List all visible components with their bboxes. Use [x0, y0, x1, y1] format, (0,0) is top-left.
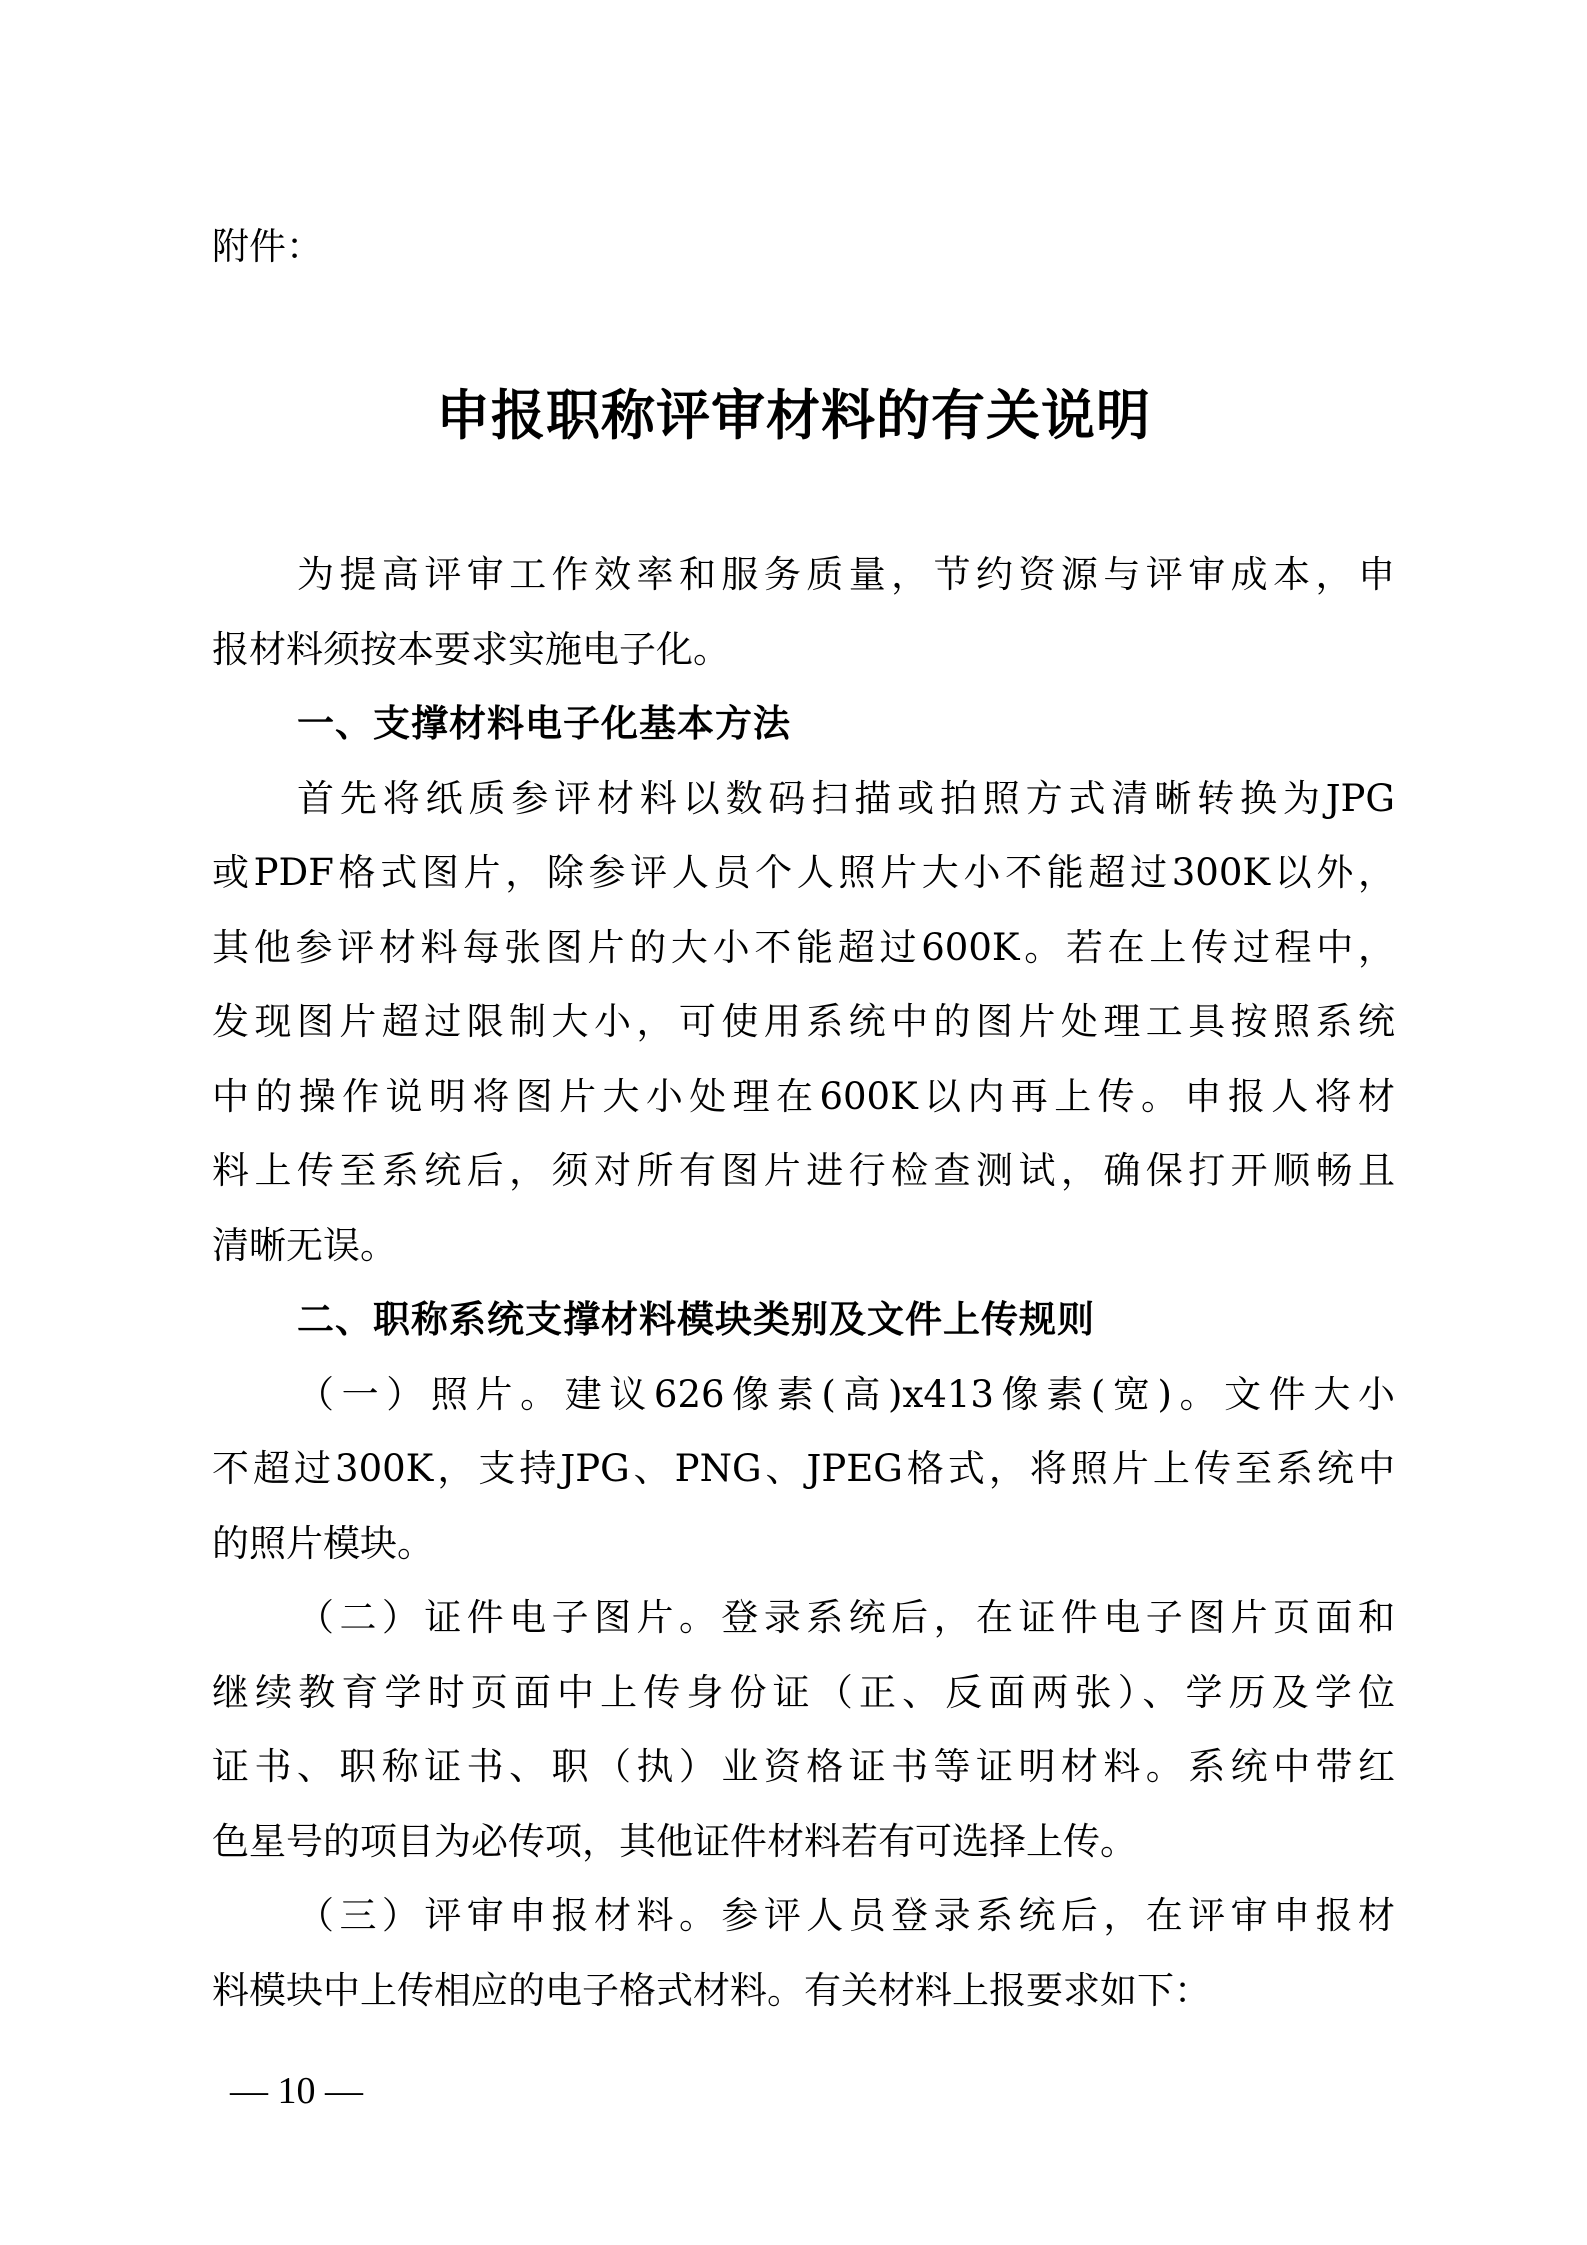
paragraph-method-line-7: 清晰无误。	[212, 1216, 1395, 1276]
paragraph-method-line-6: 料上传至系统后，须对所有图片进行检查测试，确保打开顺畅且	[212, 1141, 1395, 1201]
paragraph-photo-line-2: 不超过300K，支持JPG、PNG、JPEG格式，将照片上传至系统中	[212, 1439, 1395, 1499]
paragraph-photo-line-1: （一）照片。建议626像素(高)x413像素(宽)。文件大小	[297, 1365, 1395, 1425]
paragraph-certificates-line-3: 证书、职称证书、职（执）业资格证书等证明材料。系统中带红	[212, 1737, 1395, 1797]
paragraph-certificates-line-4: 色星号的项目为必传项，其他证件材料若有可选择上传。	[212, 1812, 1395, 1872]
section-heading-1: 一、支撑材料电子化基本方法	[297, 694, 1395, 754]
paragraph-photo-line-3: 的照片模块。	[212, 1514, 1395, 1574]
paragraph-method-line-4: 发现图片超过限制大小，可使用系统中的图片处理工具按照系统	[212, 992, 1395, 1052]
paragraph-review-materials-line-2: 料模块中上传相应的电子格式材料。有关材料上报要求如下：	[212, 1961, 1395, 2021]
paragraph-method-line-3: 其他参评材料每张图片的大小不能超过600K。若在上传过程中，	[212, 918, 1395, 978]
section-heading-2: 二、职称系统支撑材料模块类别及文件上传规则	[297, 1290, 1395, 1350]
paragraph-method-line-2: 或PDF格式图片，除参评人员个人照片大小不能超过300K以外，	[212, 843, 1395, 903]
paragraph-review-materials-line-1: （三）评审申报材料。参评人员登录系统后，在评审申报材	[297, 1886, 1395, 1946]
document-title: 申报职称评审材料的有关说明	[0, 382, 1587, 448]
page-number: — 10 —	[230, 2068, 363, 2114]
paragraph-certificates-line-2: 继续教育学时页面中上传身份证（正、反面两张）、学历及学位	[212, 1663, 1395, 1723]
paragraph-intro-line-1: 为提高评审工作效率和服务质量，节约资源与评审成本，申	[297, 545, 1395, 605]
paragraph-method-line-1: 首先将纸质参评材料以数码扫描或拍照方式清晰转换为JPG	[297, 769, 1395, 829]
paragraph-intro-line-2: 报材料须按本要求实施电子化。	[212, 620, 1395, 680]
attachment-label: 附件：	[212, 222, 323, 272]
paragraph-method-line-5: 中的操作说明将图片大小处理在600K以内再上传。申报人将材	[212, 1067, 1395, 1127]
paragraph-certificates-line-1: （二）证件电子图片。登录系统后，在证件电子图片页面和	[297, 1588, 1395, 1648]
